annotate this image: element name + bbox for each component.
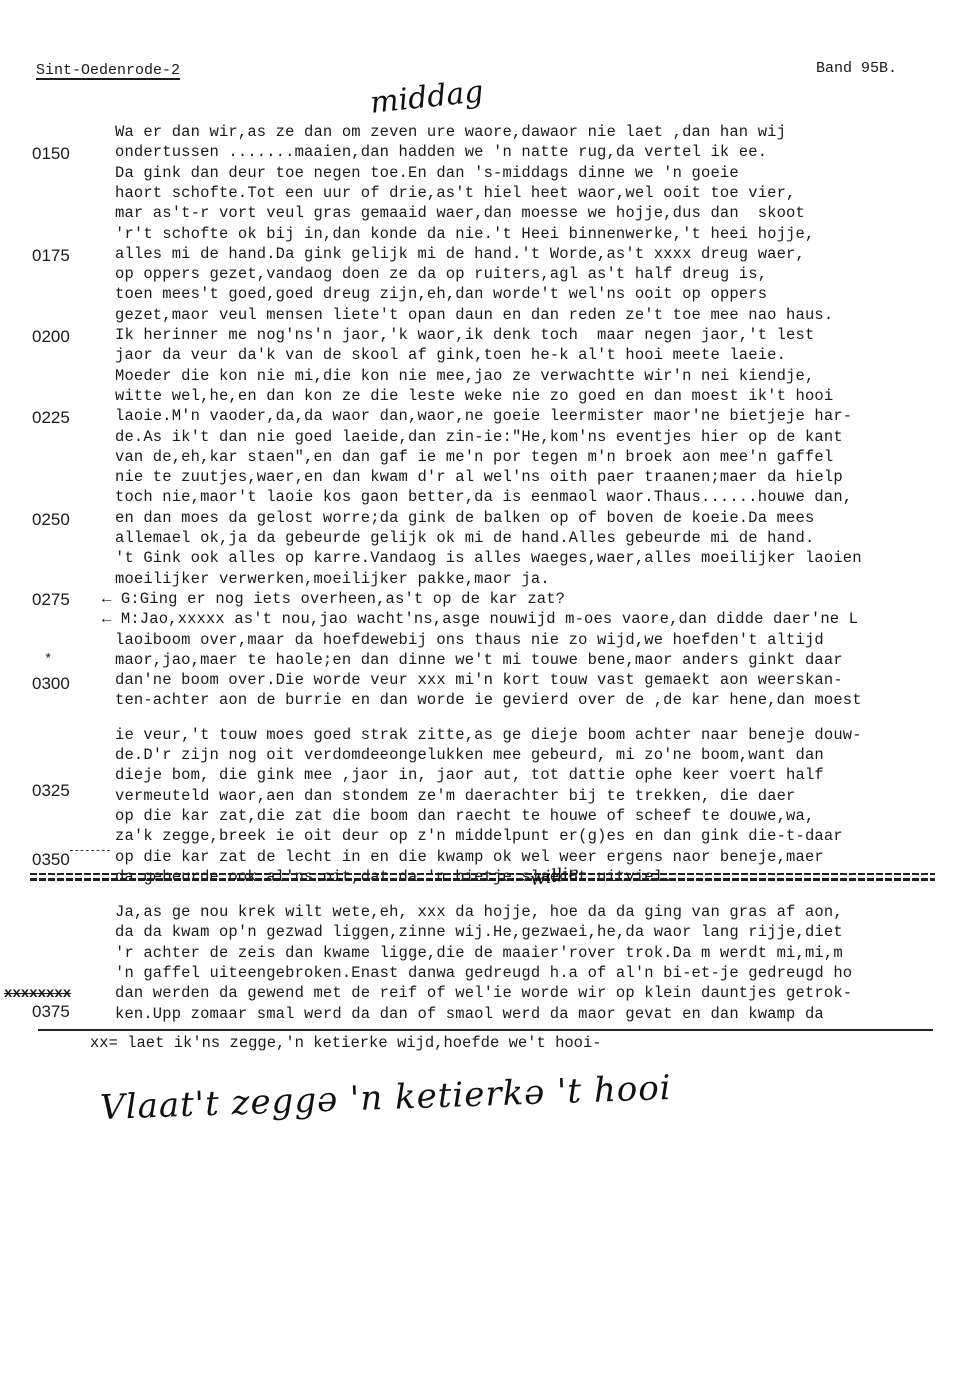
asterisk-mark: * — [44, 650, 52, 670]
footnote-rule — [38, 1029, 933, 1031]
tape-counter: 0175 — [32, 246, 70, 266]
answer-line: maor,jao,maer te haole;en dan dinne we't… — [115, 650, 843, 670]
transcript-line: moeilijker verwerken,moeilijker pakke,ma… — [115, 569, 550, 589]
transcript-line: nie te zuutjes,waer,en dan kwam d'r al w… — [115, 467, 843, 487]
answer-line: laoiboom over,maar da hoefdewebij ons th… — [115, 630, 824, 650]
handwritten-bottom-note: Vlaat't zeggə 'n ketierkə 't hooi — [99, 1068, 672, 1128]
transcript-line: mar as't-r vort veul gras gemaaid waer,d… — [115, 203, 805, 223]
transcript-line: op oppers gezet,vandaog doen ze da op ru… — [115, 264, 767, 284]
transcript-line: witte wel,he,en dan kon ze die leste wek… — [115, 386, 833, 406]
tape-counter: 0325 — [32, 781, 70, 801]
transcript-line: de.As ik't dan nie goed laeide,dan zin-i… — [115, 427, 843, 447]
answer-line: op die kar zat,die zat die boom dan raec… — [115, 806, 814, 826]
location-header: Sint-Oedenrode-2 — [36, 62, 180, 79]
transcript-line: Wa er dan wir,as ze dan om zeven ure wao… — [115, 122, 786, 142]
tape-counter: 0150 — [32, 144, 70, 164]
answer-line: de.D'r zijn nog oit verdomdeeongelukken … — [115, 745, 824, 765]
transcript-line: Moeder die kon nie mi,die kon nie mee,ja… — [115, 366, 814, 386]
answer-line: za'k zegge,breek ie oit deur op z'n midd… — [115, 826, 843, 846]
answer-line: dieje bom, die gink mee ,jaor in, jaor a… — [115, 765, 824, 785]
transcript-line: ken.Upp zomaar smal werd da dan of smaol… — [115, 1004, 824, 1024]
answer-line: ie veur,'t touw moes goed strak zitte,as… — [115, 725, 862, 745]
transcript-line: ondertussen .......maaien,dan hadden we … — [115, 142, 767, 162]
tape-counter: 0300 — [32, 674, 70, 694]
transcript-line: Ja,as ge nou krek wilt wete,eh, xxx da h… — [115, 902, 843, 922]
transcript-line: 'n gaffel uiteengebroken.Enast danwa ged… — [115, 963, 852, 983]
tape-counter: 0275 — [32, 590, 70, 610]
struck-margin-mark: xxxxxxxx — [4, 984, 71, 1004]
answer-line: vermeuteld waor,aen dan stondem ze'm dae… — [115, 786, 796, 806]
dashed-leader — [70, 850, 110, 851]
transcript-line: Ik herinner me nog'ns'n jaor,'k waor,ik … — [115, 325, 814, 345]
transcript-line: toch nie,maor't laoie kos gaon better,da… — [115, 487, 852, 507]
transcript-line: en dan moes da gelost worre;da gink de b… — [115, 508, 814, 528]
section-separator — [30, 873, 935, 881]
transcript-line: van de,eh,kar staen",en dan gaf ie me'n … — [115, 447, 833, 467]
transcript-line: da da kwam op'n gezwad liggen,zinne wij.… — [115, 922, 843, 942]
tape-counter: 0200 — [32, 327, 70, 347]
answer-line: ← M:Jao,xxxxx as't nou,jao wacht'ns,asge… — [102, 609, 858, 629]
tape-counter: 0250 — [32, 510, 70, 530]
tape-counter: 0375 — [32, 1002, 70, 1022]
transcript-line: 'r't schofte ok bij in,dan konde da nie.… — [115, 224, 814, 244]
transcript-page: Sint-Oedenrode-2 Band 95B. middag Wa er … — [0, 0, 979, 1388]
transcript-line: jaor da veur da'k van de skool af gink,t… — [115, 345, 786, 365]
transcript-line: alles mi de hand.Da gink gelijk mi de ha… — [115, 244, 805, 264]
handwritten-title-middag: middag — [368, 74, 485, 121]
band-label: Band 95B. — [816, 60, 897, 77]
answer-line: dan'ne boom over.Die worde veur xxx mi'n… — [115, 670, 843, 690]
transcript-line: 't Gink ook alles op karre.Vandaog is al… — [115, 548, 862, 568]
transcript-line: haort schofte.Tot een uur of drie,as't h… — [115, 183, 796, 203]
transcript-line: toen mees't goed,goed dreug zijn,eh,dan … — [115, 284, 767, 304]
transcript-line: 'r achter de zeis dan kwame ligge,die de… — [115, 943, 843, 963]
transcript-line: laoie.M'n vaoder,da,da waor dan,waor,ne … — [115, 406, 852, 426]
transcript-line: allemael ok,ja da gebeurde gelijk ok mi … — [115, 528, 814, 548]
transcript-line: gezet,maor veul mensen liete't opan daun… — [115, 305, 833, 325]
tape-counter: 0350 — [32, 850, 70, 870]
answer-line: ten-achter aon de burrie en dan worde ie… — [115, 690, 862, 710]
transcript-line: dan werden da gewend met de reif of wel'… — [115, 983, 852, 1003]
transcript-line: Da gink dan deur toe negen toe.En dan 's… — [115, 163, 739, 183]
answer-line: op die kar zat de lecht in en die kwamp … — [115, 847, 824, 867]
footnote: xx= laet ik'ns zegge,'n ketierke wijd,ho… — [90, 1034, 602, 1052]
interviewer-question: ← G:Ging er nog iets overheen,as't op de… — [102, 589, 565, 609]
tape-counter: 0225 — [32, 408, 70, 428]
